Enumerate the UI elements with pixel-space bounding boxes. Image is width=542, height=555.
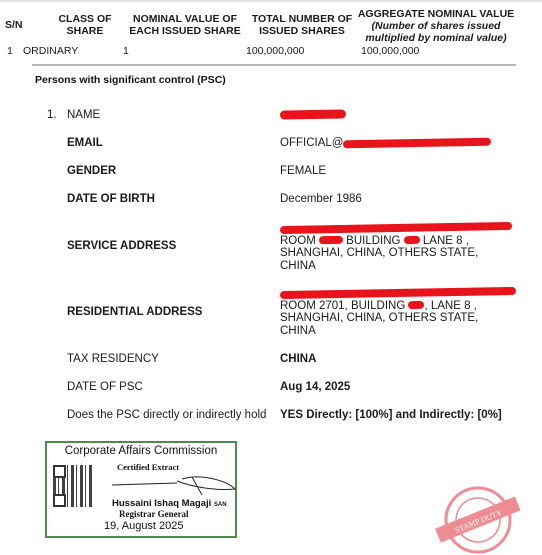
holding-label: Does the PSC directly or indirectly hold [67,409,266,421]
redaction-mark [343,138,491,149]
certification-date: 19, August 2025 [104,520,184,532]
signer-name: Hussaini Ishaq Magaji SAN [112,498,227,509]
gender-label: GENDER [67,165,116,177]
redaction-mark [280,287,516,299]
date-of-psc-label: DATE OF PSC [67,381,143,393]
col-header-sn: S/N [5,19,23,31]
signature-icon [107,469,237,499]
psc-section-title: Persons with significant control (PSC) [35,74,226,86]
cell-nominal: 1 [123,45,129,57]
col-header-aggregate: AGGREGATE NOMINAL VALUE (Number of share… [356,8,516,44]
psc-number: 1. [47,109,57,121]
cell-class: ORDINARY [23,45,78,57]
certification-stamp: Corporate Affairs Commission Certified E… [45,441,237,538]
tax-residency-label: TAX RESIDENCY [67,353,159,365]
redaction-mark [280,222,512,234]
col-header-total: TOTAL NUMBER OFISSUED SHARES [250,13,354,37]
holding-value: YES Directly: [100%] and Indirectly: [0%… [280,409,502,422]
dob-value: December 1986 [280,193,362,206]
cell-aggregate: 100,000,000 [361,45,419,57]
qr-code-icon[interactable] [53,465,93,507]
gender-value: FEMALE [280,165,326,178]
email-value: OFFICIAL@ [280,137,491,150]
date-of-psc-value: Aug 14, 2025 [280,381,350,394]
residential-address-value: ROOM 2701, BUILDING , LANE 8 , SHANGHAI,… [280,287,516,337]
residential-address-label: RESIDENTIAL ADDRESS [67,306,202,318]
col-header-class: CLASS OFSHARE [52,13,118,37]
cac-org-name: Corporate Affairs Commission [47,445,235,457]
cell-sn: 1 [7,45,13,57]
dob-label: DATE OF BIRTH [67,193,155,205]
stamp-duty-seal-icon: STAMP DUTY [433,482,523,554]
name-label: NAME [67,109,100,121]
page-top-edge [0,0,542,3]
signer-role: Registrar General [119,509,189,519]
tax-residency-value: CHINA [280,353,316,366]
name-value [280,108,346,121]
service-address-value: ROOM BUILDING LANE 8 , SHANGHAI, CHINA, … [280,222,512,272]
table-divider [32,64,516,66]
redaction-mark [280,110,346,120]
email-label: EMAIL [67,137,103,149]
service-address-label: SERVICE ADDRESS [67,240,176,252]
cell-total: 100,000,000 [246,45,304,57]
col-header-nominal: NOMINAL VALUE OFEACH ISSUED SHARE [126,13,244,37]
